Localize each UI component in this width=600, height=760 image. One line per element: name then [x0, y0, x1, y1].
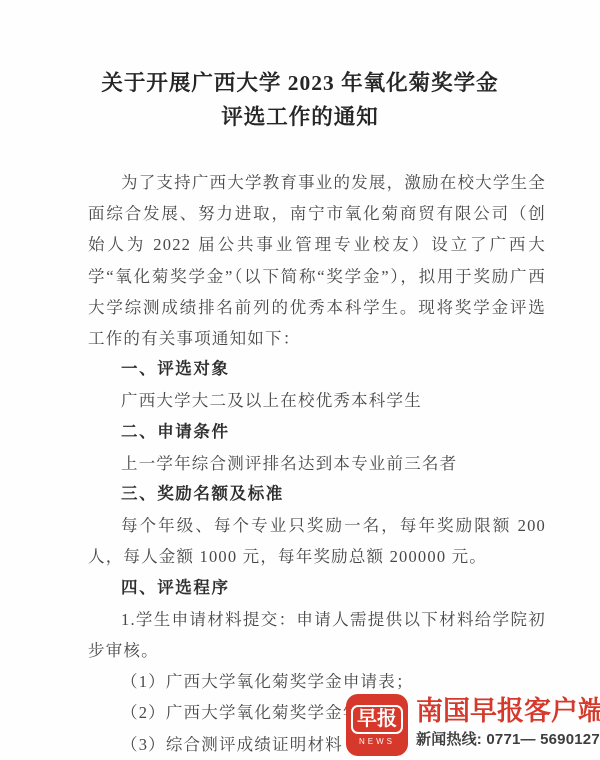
selection-targets-text: 广西大学大二及以上在校优秀本科学生: [88, 385, 546, 416]
zaobao-badge-text: 早报: [351, 705, 403, 734]
intro-paragraph: 为了支持广西大学教育事业的发展，激励在校大学生全面综合发展、努力进取，南宁市氧化…: [88, 167, 546, 354]
award-quota-text: 每个年级、每个专业只奖励一名，每年奖励限额 200 人，每人金额 1000 元，…: [88, 510, 546, 572]
zaobao-app-logo-icon: 早报 NEWS: [346, 694, 408, 756]
watermark-text-block: 南国早报客户端 新闻热线: 0771— 5690127: [416, 694, 600, 750]
document-title-line-1: 关于开展广西大学 2023 年氧化菊奖学金: [40, 66, 560, 100]
section-heading-application-conditions: 二、申请条件: [88, 417, 546, 448]
document-title-line-2: 评选工作的通知: [40, 100, 560, 134]
watermark-hotline: 新闻热线: 0771— 5690127: [416, 730, 600, 750]
watermark-brand-name: 南国早报客户端: [416, 695, 600, 728]
section-heading-selection-procedure: 四、评选程序: [88, 573, 546, 604]
document-body: 为了支持广西大学教育事业的发展，激励在校大学生全面综合发展、努力进取，南宁市氧化…: [88, 167, 546, 760]
application-conditions-text: 上一学年综合测评排名达到本专业前三名者: [88, 448, 546, 479]
zaobao-badge-news-label: NEWS: [359, 737, 395, 746]
news-watermark: 早报 NEWS 南国早报客户端 新闻热线: 0771— 5690127: [346, 694, 600, 756]
material-item-1: （1）广西大学氧化菊奖学金申请表；: [88, 666, 546, 697]
document-page: 关于开展广西大学 2023 年氧化菊奖学金 评选工作的通知 为了支持广西大学教育…: [0, 0, 600, 760]
document-title: 关于开展广西大学 2023 年氧化菊奖学金 评选工作的通知: [40, 66, 560, 134]
section-heading-award-quota: 三、奖励名额及标准: [88, 479, 546, 510]
section-heading-selection-targets: 一、评选对象: [88, 354, 546, 385]
procedure-step-1-text: 1.学生申请材料提交：申请人需提供以下材料给学院初步审核。: [88, 604, 546, 666]
